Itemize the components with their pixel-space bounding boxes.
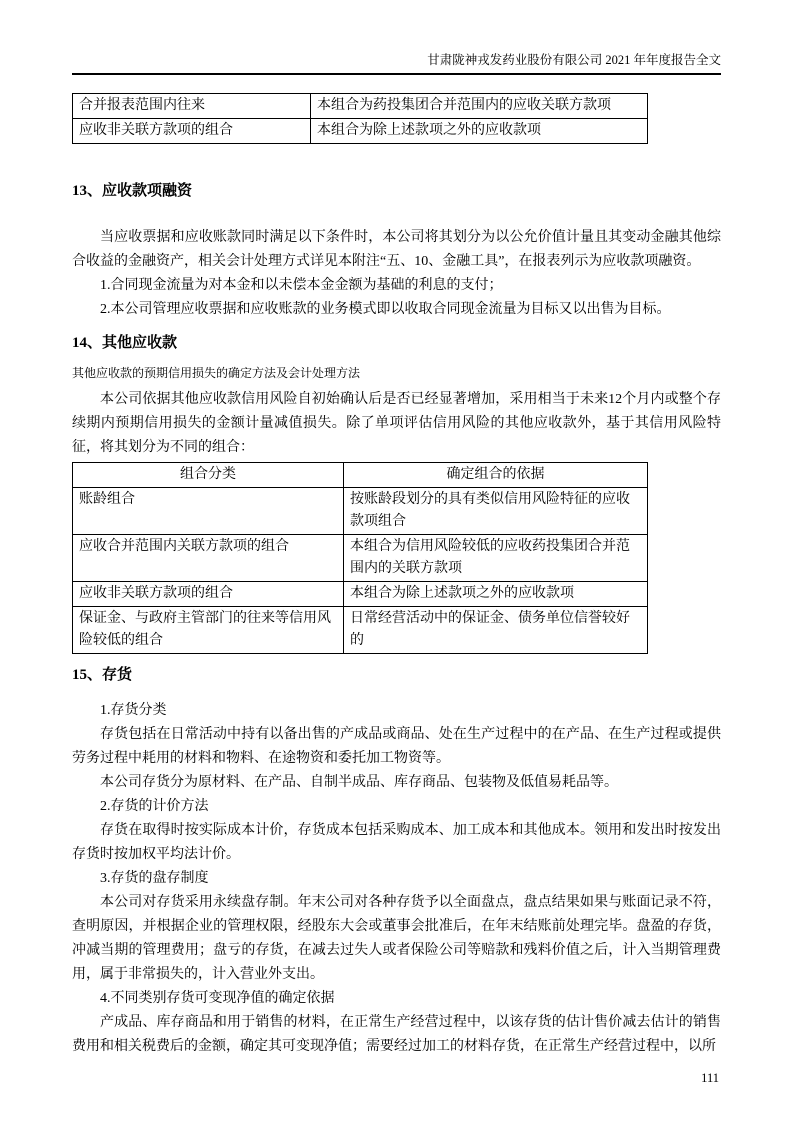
paragraph: 产成品、库存商品和用于销售的材料，在正常生产经营过程中，以该存货的估计售价减去估…	[72, 1011, 721, 1059]
paragraph: 本公司对存货采用永续盘存制。年末公司对各种存货予以全面盘点，盘点结果如果与账面记…	[72, 891, 721, 987]
table-header-row: 组合分类 确定组合的依据	[73, 463, 648, 488]
paragraph: 存货包括在日常活动中持有以备出售的产成品或商品、处在生产过程中的在产品、在生产过…	[72, 723, 721, 771]
paragraph: 本公司依据其他应收款信用风险自初始确认后是否已经显著增加，采用相当于未来12个月…	[72, 388, 721, 460]
paragraph: 1.合同现金流量为对本金和以未偿本金金额为基础的利息的支付；	[72, 274, 721, 298]
table-row: 应收合并范围内关联方款项的组合 本组合为信用风险较低的应收药投集团合并范围内的关…	[73, 535, 648, 582]
grouping-basis-cell: 本组合为信用风险较低的应收药投集团合并范围内的关联方款项	[344, 535, 648, 582]
section-14-subheading: 其他应收款的预期信用损失的确定方法及会计处理方法	[72, 365, 721, 382]
portfolio-category-cell: 应收非关联方款项的组合	[73, 119, 311, 144]
section-13-heading: 13、应收款项融资	[72, 182, 721, 201]
report-header-title: 甘肃陇神戎发药业股份有限公司 2021 年年度报告全文	[427, 53, 721, 67]
portfolio-basis-cell: 本组合为除上述款项之外的应收款项	[311, 119, 648, 144]
section-15-heading: 15、存货	[72, 666, 721, 685]
table-row: 应收非关联方款项的组合 本组合为除上述款项之外的应收款项	[73, 119, 648, 144]
annual-report-page: 甘肃陇神戎发药业股份有限公司 2021 年年度报告全文 合并报表范围内往来 本组…	[0, 0, 793, 1122]
page-number: 111	[701, 1070, 719, 1086]
grouping-basis-column-header: 确定组合的依据	[344, 463, 648, 488]
paragraph: 本公司存货分为原材料、在产品、自制半成品、库存商品、包装物及低值易耗品等。	[72, 771, 721, 795]
table-row: 应收非关联方款项的组合 本组合为除上述款项之外的应收款项	[73, 582, 648, 607]
grouping-category-cell: 保证金、与政府主管部门的往来等信用风险较低的组合	[73, 607, 344, 654]
paragraph: 2.本公司管理应收票据和应收账款的业务模式即以收取合同现金流量为目标又以出售为目…	[72, 298, 721, 322]
paragraph: 4.不同类别存货可变现净值的确定依据	[72, 987, 721, 1011]
grouping-basis-cell: 按账龄段划分的具有类似信用风险特征的应收款项组合	[344, 488, 648, 535]
section-14-heading: 14、其他应收款	[72, 334, 721, 353]
paragraph: 1.存货分类	[72, 699, 721, 723]
grouping-category-cell: 账龄组合	[73, 488, 344, 535]
paragraph: 2.存货的计价方法	[72, 795, 721, 819]
portfolio-continuation-table: 合并报表范围内往来 本组合为药投集团合并范围内的应收关联方款项 应收非关联方款项…	[72, 93, 648, 144]
paragraph: 3.存货的盘存制度	[72, 867, 721, 891]
grouping-category-cell: 应收非关联方款项的组合	[73, 582, 344, 607]
grouping-basis-cell: 本组合为除上述款项之外的应收款项	[344, 582, 648, 607]
paragraph: 当应收票据和应收账款同时满足以下条件时，本公司将其划分为以公允价值计量且其变动金…	[72, 226, 721, 274]
portfolio-basis-cell: 本组合为药投集团合并范围内的应收关联方款项	[311, 94, 648, 119]
grouping-column-header: 组合分类	[73, 463, 344, 488]
grouping-basis-cell: 日常经营活动中的保证金、债务单位信誉较好的	[344, 607, 648, 654]
report-header: 甘肃陇神戎发药业股份有限公司 2021 年年度报告全文	[72, 0, 721, 75]
grouping-category-cell: 应收合并范围内关联方款项的组合	[73, 535, 344, 582]
other-receivables-grouping-table: 组合分类 确定组合的依据 账龄组合 按账龄段划分的具有类似信用风险特征的应收款项…	[72, 462, 648, 654]
paragraph: 存货在取得时按实际成本计价，存货成本包括采购成本、加工成本和其他成本。领用和发出…	[72, 819, 721, 867]
table-row: 账龄组合 按账龄段划分的具有类似信用风险特征的应收款项组合	[73, 488, 648, 535]
portfolio-category-cell: 合并报表范围内往来	[73, 94, 311, 119]
table-row: 保证金、与政府主管部门的往来等信用风险较低的组合 日常经营活动中的保证金、债务单…	[73, 607, 648, 654]
table-row: 合并报表范围内往来 本组合为药投集团合并范围内的应收关联方款项	[73, 94, 648, 119]
